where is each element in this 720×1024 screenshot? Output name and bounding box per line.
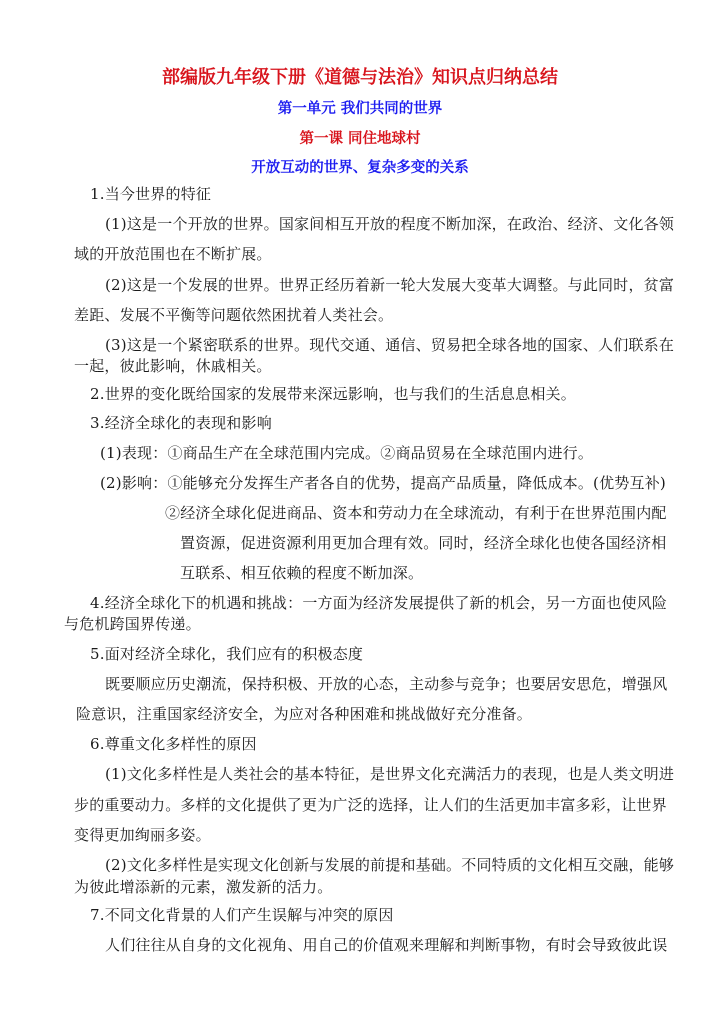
paragraph-line: (1)文化多样性是人类社会的基本特征，是世界文化充满活力的表现，也是人类文明进 bbox=[105, 764, 650, 784]
paragraph-line: 险意识，注重国家经济安全，为应对各种困难和挑战做好充分准备。 bbox=[76, 704, 532, 724]
paragraph-line: (2)这是一个发展的世界。世界正经历着新一轮大发展大变革大调整。与此同时，贫富 bbox=[105, 275, 650, 295]
paragraph-line: (2)影响：①能够充分发挥生产者各自的优势，提高产品质量，降低成本。(优势互补) bbox=[100, 473, 650, 493]
paragraph-line: 变得更加绚丽多姿。 bbox=[74, 825, 211, 845]
paragraph-line: (3)这是一个紧密联系的世界。现代交通、通信、贸易把全球各地的国家、人们联系在 bbox=[105, 335, 650, 355]
paragraph-line: 一起，彼此影响，休戚相关。 bbox=[74, 356, 272, 376]
paragraph-line: (2)文化多样性是实现文化创新与发展的前提和基础。不同特质的文化相互交融，能够 bbox=[105, 855, 650, 875]
section-heading-7: 7.不同文化背景的人们产生误解与冲突的原因 bbox=[90, 905, 394, 925]
paragraph-line: 与危机跨国界传递。 bbox=[64, 614, 201, 634]
paragraph-line: ②经济全球化促进商品、资本和劳动力在全球流动，有利于在世界范围内配 bbox=[165, 503, 650, 523]
paragraph-line: 步的重要动力。多样的文化提供了更为广泛的选择，让人们的生活更加丰富多彩，让世界 bbox=[74, 795, 650, 815]
section-heading-5: 5.面对经济全球化，我们应有的积极态度 bbox=[90, 644, 363, 664]
paragraph-line: (1)表现：①商品生产在全球范围内完成。②商品贸易在全球范围内进行。 bbox=[100, 443, 593, 463]
paragraph-line: 为彼此增添新的元素，激发新的活力。 bbox=[74, 877, 332, 897]
section-heading-2: 2.世界的变化既给国家的发展带来深远影响，也与我们的生活息息相关。 bbox=[90, 384, 576, 404]
paragraph-line: 域的开放范围也在不断扩展。 bbox=[74, 244, 272, 264]
paragraph-line: 置资源，促进资源利用更加合理有效。同时，经济全球化也使各国经济相 bbox=[180, 533, 650, 553]
section-heading-4: 4.经济全球化下的机遇和挑战：一方面为经济发展提供了新的机会，另一方面也使风险 bbox=[90, 593, 650, 613]
topic-heading: 开放互动的世界、复杂多变的关系 bbox=[0, 156, 720, 177]
paragraph-line: (1)这是一个开放的世界。国家间相互开放的程度不断加深，在政治、经济、文化各领 bbox=[105, 214, 650, 234]
paragraph-line: 人们往往从自身的文化视角、用自己的价值观来理解和判断事物，有时会导致彼此误 bbox=[105, 935, 650, 955]
document-title: 部编版九年级下册《道德与法治》知识点归纳总结 bbox=[0, 63, 720, 89]
paragraph-line: 既要顺应历史潮流，保持积极、开放的心态，主动参与竞争；也要居安思危，增强风 bbox=[105, 674, 650, 694]
paragraph-line: 互联系、相互依赖的程度不断加深。 bbox=[180, 563, 423, 583]
lesson-heading: 第一课 同住地球村 bbox=[0, 127, 720, 148]
section-heading-1: 1.当今世界的特征 bbox=[90, 184, 211, 204]
section-heading-6: 6.尊重文化多样性的原因 bbox=[90, 734, 257, 754]
paragraph-line: 差距、发展不平衡等问题依然困扰着人类社会。 bbox=[74, 305, 393, 325]
section-heading-3: 3.经济全球化的表现和影响 bbox=[90, 413, 272, 433]
document-page: 部编版九年级下册《道德与法治》知识点归纳总结 第一单元 我们共同的世界 第一课 … bbox=[0, 0, 720, 1024]
unit-heading: 第一单元 我们共同的世界 bbox=[0, 97, 720, 118]
